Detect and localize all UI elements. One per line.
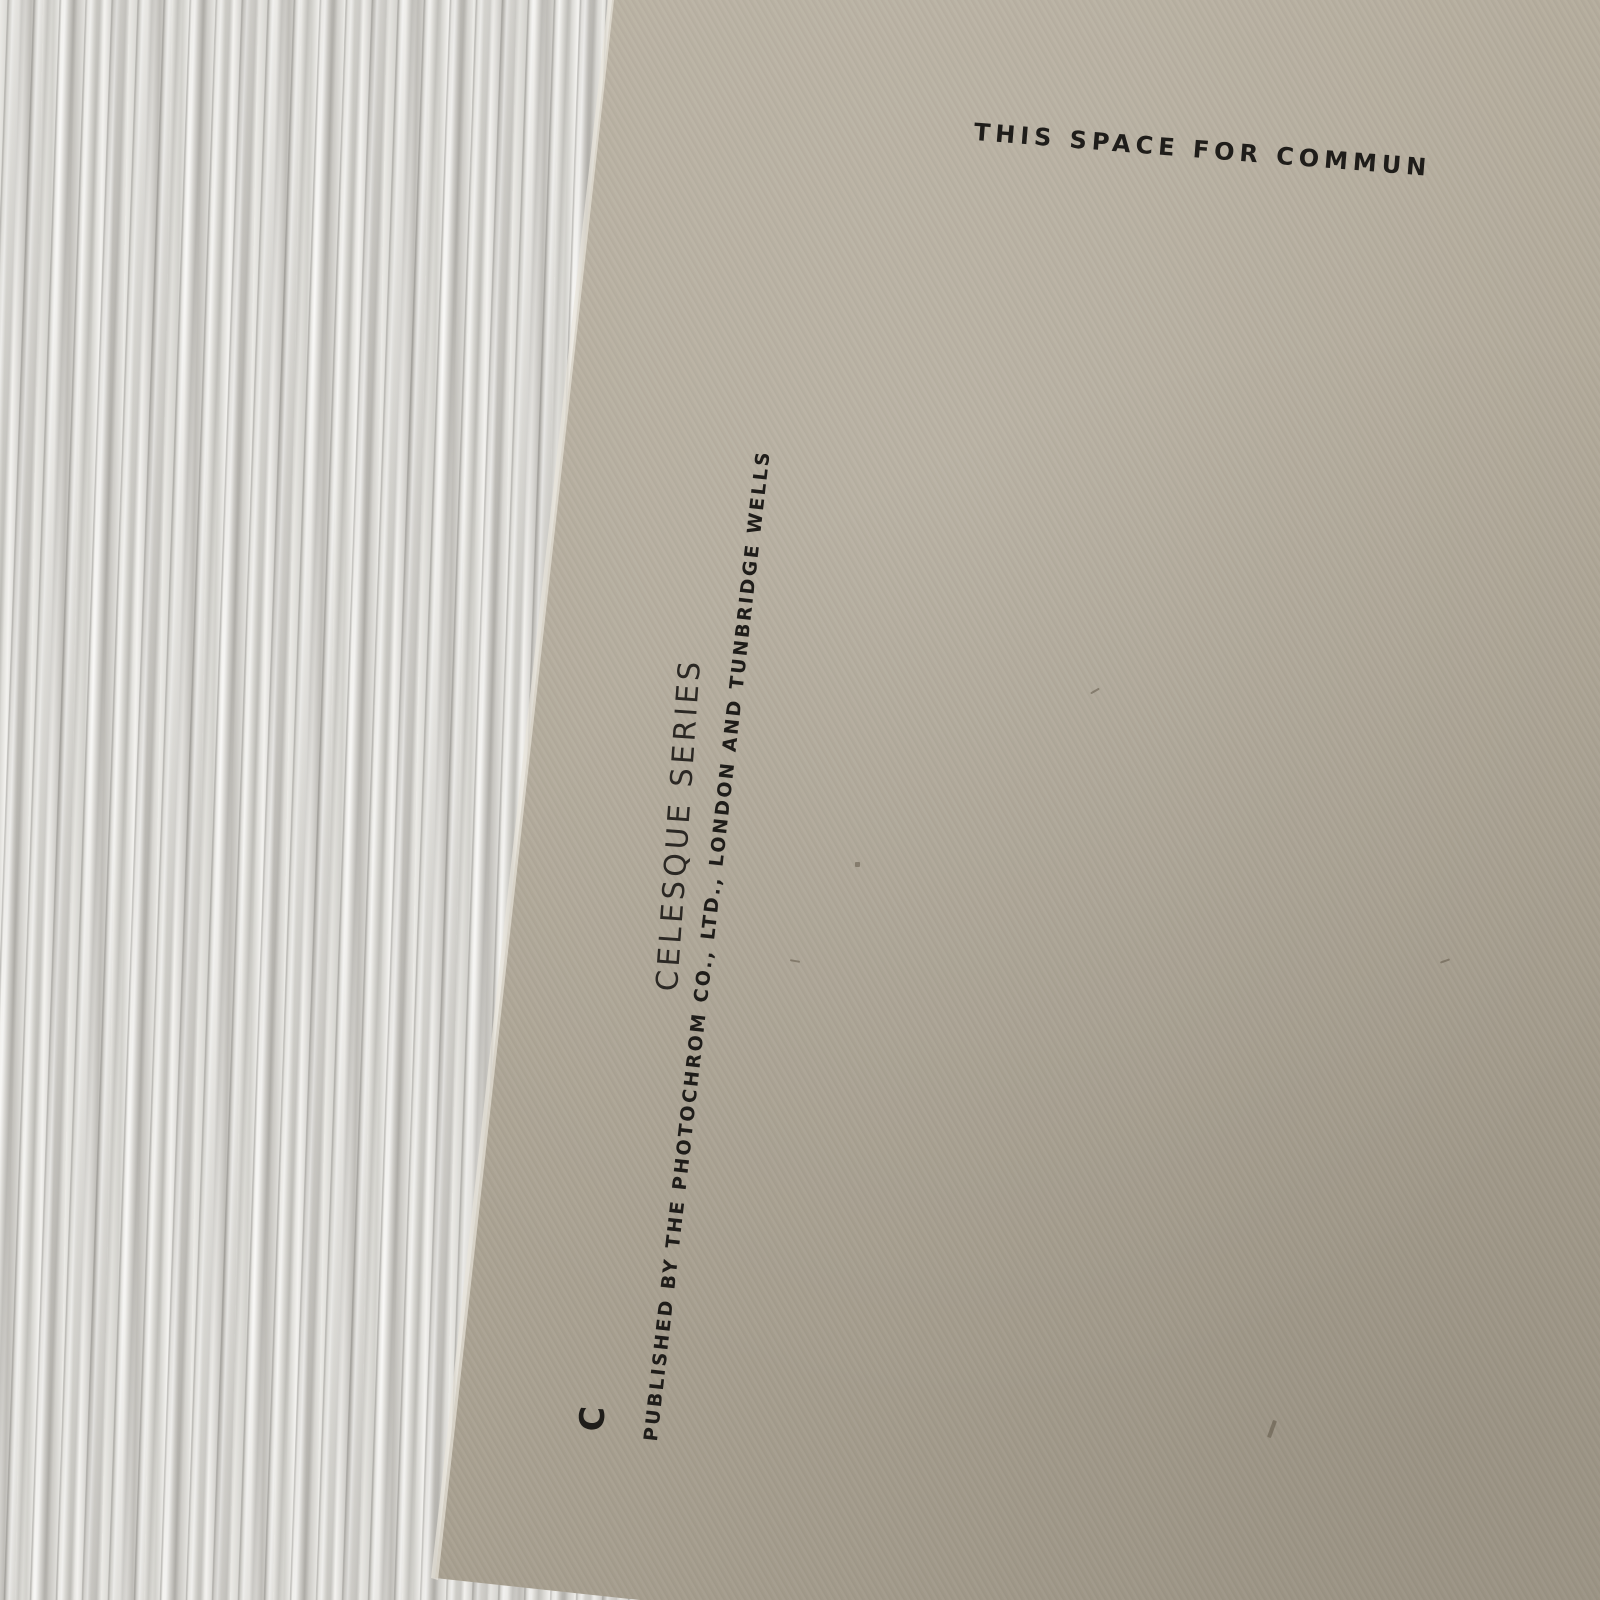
- series-marker: C: [572, 1405, 614, 1433]
- paper-fleck: [855, 862, 860, 867]
